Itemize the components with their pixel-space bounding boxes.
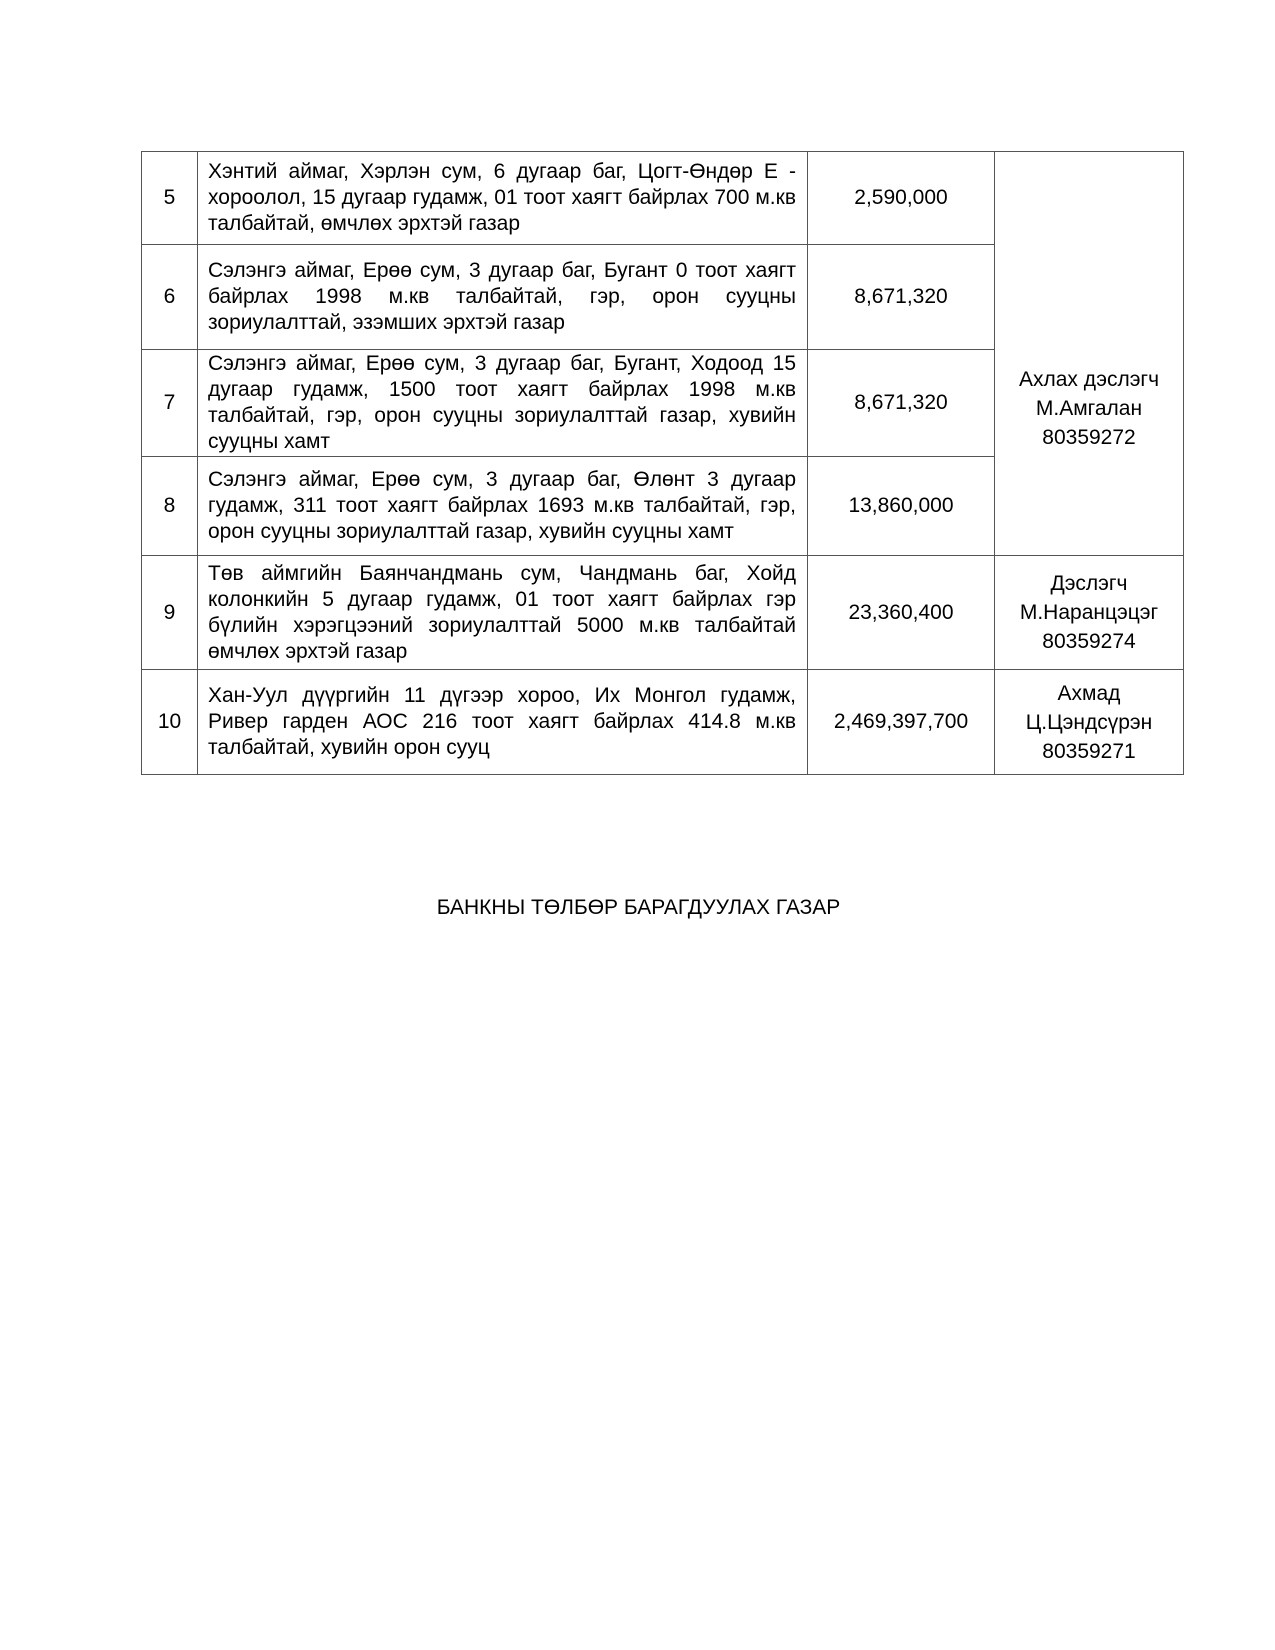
property-price: 2,469,397,700 — [808, 670, 995, 775]
row-number: 5 — [142, 152, 198, 245]
property-description-text: Сэлэнгэ аймаг, Ерөө сум, 3 дугаар баг, Б… — [208, 351, 796, 455]
contact-officer: Ахмад Ц.Цэндсүрэн 80359271 — [995, 670, 1184, 775]
property-price: 2,590,000 — [808, 152, 995, 245]
row-number: 7 — [142, 350, 198, 457]
property-price: 8,671,320 — [808, 245, 995, 350]
table-row: 10 Хан-Уул дүүргийн 11 дүгээр хороо, Их … — [142, 670, 1184, 775]
property-description-text: Сэлэнгэ аймаг, Ерөө сум, 3 дугаар баг, Б… — [208, 258, 796, 336]
row-number: 8 — [142, 457, 198, 556]
contact-phone: 80359271 — [995, 737, 1183, 766]
property-description: Сэлэнгэ аймаг, Ерөө сум, 3 дугаар баг, Б… — [198, 245, 808, 350]
contact-phone: 80359274 — [995, 627, 1183, 656]
property-price: 23,360,400 — [808, 556, 995, 670]
property-description: Хан-Уул дүүргийн 11 дүгээр хороо, Их Мон… — [198, 670, 808, 775]
property-description: Сэлэнгэ аймаг, Ерөө сум, 3 дугаар баг, Ө… — [198, 457, 808, 556]
property-description-text: Төв аймгийн Баянчандмань сум, Чандмань б… — [208, 561, 796, 665]
property-price: 13,860,000 — [808, 457, 995, 556]
department-title: БАНКНЫ ТӨЛБӨР БАРАГДУУЛАХ ГАЗАР — [0, 895, 1275, 921]
contact-officer: Ахлах дэслэгч М.Амгалан 80359272 — [995, 152, 1184, 556]
table-row: 5 Хэнтий аймаг, Хэрлэн сум, 6 дугаар баг… — [142, 152, 1184, 245]
contact-title: Ахлах дэслэгч — [995, 365, 1183, 394]
row-number: 6 — [142, 245, 198, 350]
property-description-text: Сэлэнгэ аймаг, Ерөө сум, 3 дугаар баг, Ө… — [208, 467, 796, 545]
row-number: 9 — [142, 556, 198, 670]
contact-phone: 80359272 — [995, 423, 1183, 452]
property-description: Сэлэнгэ аймаг, Ерөө сум, 3 дугаар баг, Б… — [198, 350, 808, 457]
property-description-text: Хэнтий аймаг, Хэрлэн сум, 6 дугаар баг, … — [208, 159, 796, 237]
contact-officer: Дэслэгч М.Наранцэцэг 80359274 — [995, 556, 1184, 670]
document-page: 5 Хэнтий аймаг, Хэрлэн сум, 6 дугаар баг… — [0, 0, 1275, 1650]
contact-name: М.Наранцэцэг — [995, 598, 1183, 627]
contact-title: Дэслэгч — [995, 569, 1183, 598]
table-row: 9 Төв аймгийн Баянчандмань сум, Чандмань… — [142, 556, 1184, 670]
row-number: 10 — [142, 670, 198, 775]
contact-name: Ц.Цэндсүрэн — [995, 708, 1183, 737]
contact-title: Ахмад — [995, 679, 1183, 708]
property-listing-table: 5 Хэнтий аймаг, Хэрлэн сум, 6 дугаар баг… — [141, 151, 1184, 775]
property-price: 8,671,320 — [808, 350, 995, 457]
property-description: Төв аймгийн Баянчандмань сум, Чандмань б… — [198, 556, 808, 670]
property-description-text: Хан-Уул дүүргийн 11 дүгээр хороо, Их Мон… — [208, 683, 796, 761]
property-description: Хэнтий аймаг, Хэрлэн сум, 6 дугаар баг, … — [198, 152, 808, 245]
contact-name: М.Амгалан — [995, 394, 1183, 423]
